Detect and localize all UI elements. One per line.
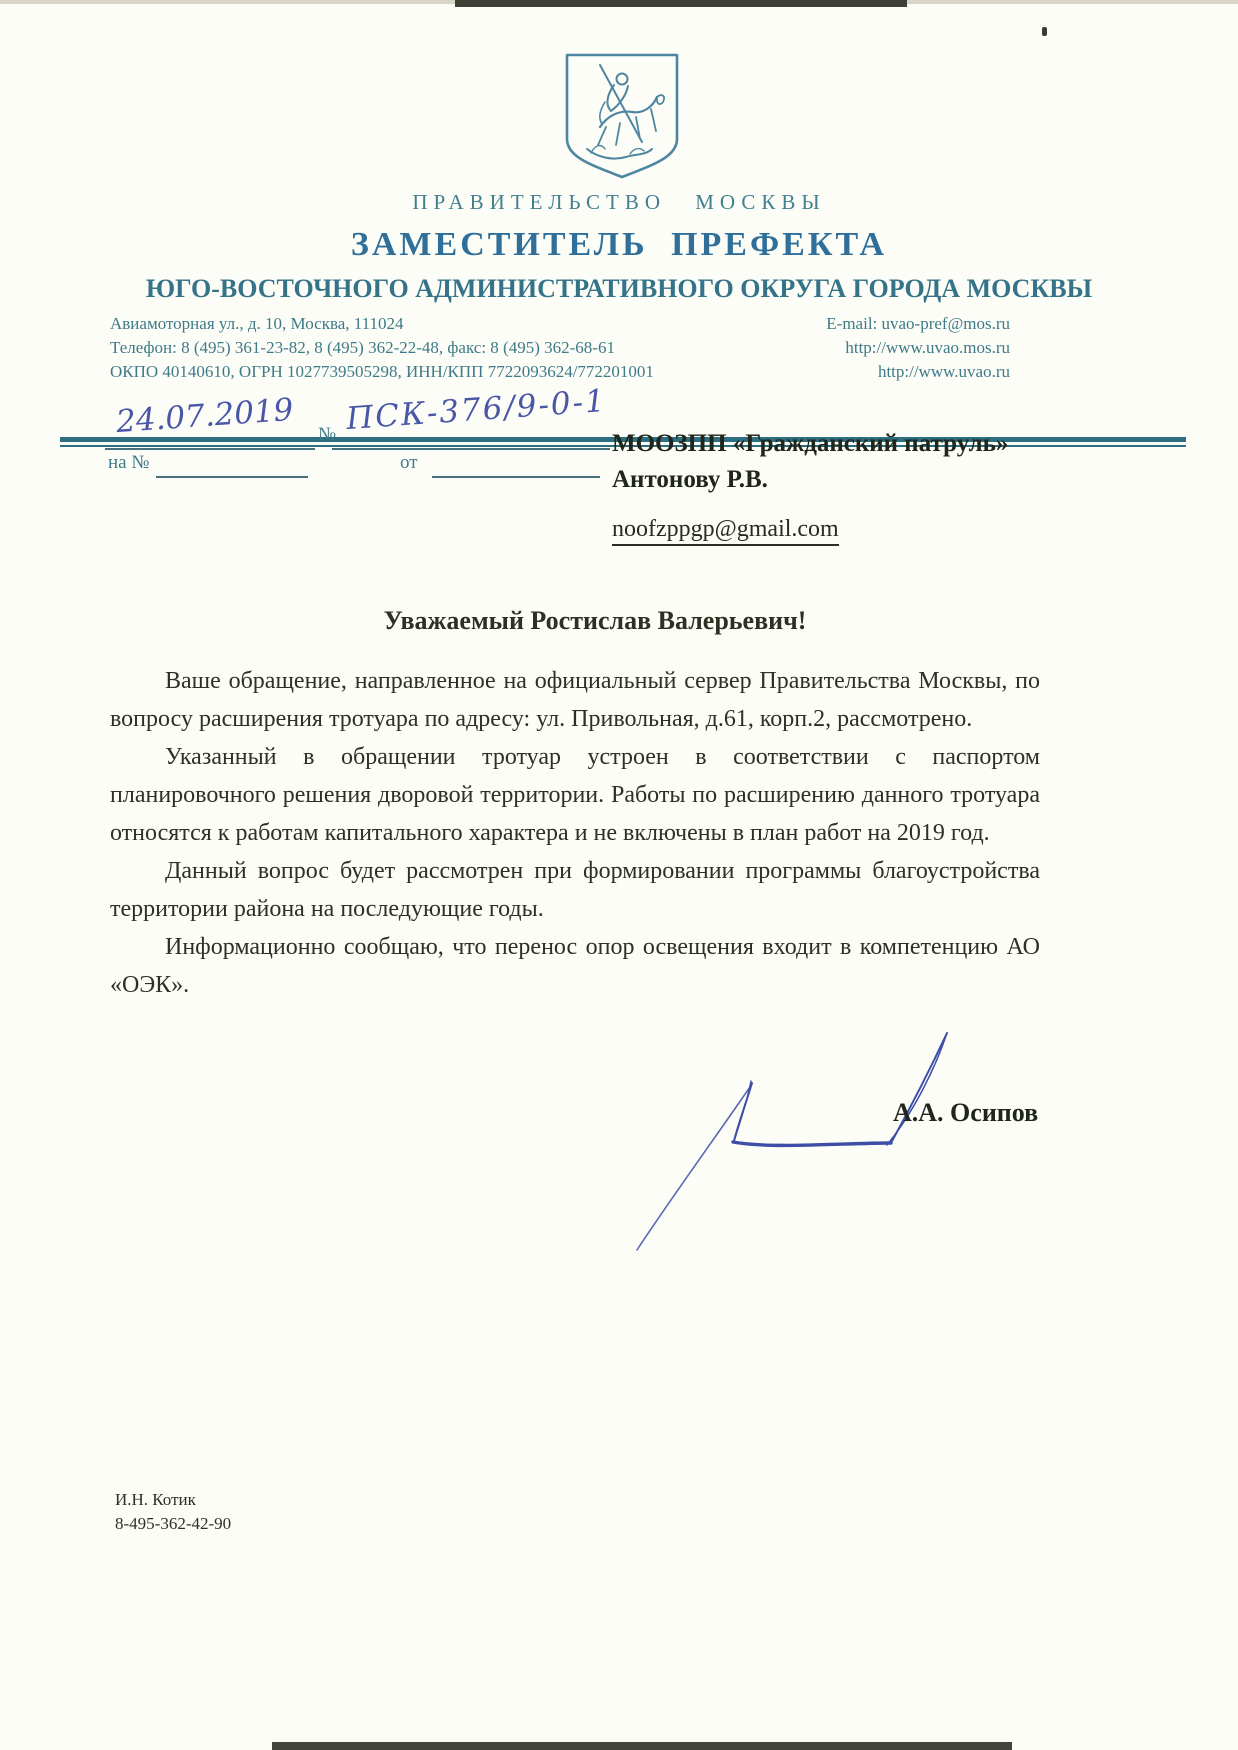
executor-phone: 8-495-362-42-90 — [115, 1512, 231, 1536]
moscow-coat-of-arms-icon — [560, 52, 684, 182]
executor-name: И.Н. Котик — [115, 1488, 231, 1512]
reply-to-label: на № — [108, 452, 149, 474]
recipient-person: Антонову Р.В. — [612, 462, 1052, 498]
recipient-organization: МООЗПП «Гражданский патруль» — [612, 426, 1052, 462]
letterhead-website: http://www.uvao.ru — [590, 360, 1010, 384]
from-label: от — [400, 452, 418, 474]
scan-artifact-top-dark — [455, 0, 907, 7]
letterhead-district-line: ЮГО-ВОСТОЧНОГО АДМИНИСТРАТИВНОГО ОКРУГА … — [0, 274, 1238, 304]
reply-to-blank-line — [156, 476, 308, 478]
number-sign-label: № — [318, 424, 336, 446]
letterhead-email: E-mail: uvao-pref@mos.ru — [590, 312, 1010, 336]
letterhead-government-line: ПРАВИТЕЛЬСТВО МОСКВЫ — [0, 190, 1238, 215]
scanned-letter-page: ПРАВИТЕЛЬСТВО МОСКВЫ ЗАМЕСТИТЕЛЬ ПРЕФЕКТ… — [0, 0, 1238, 1750]
body-paragraph-2: Указанный в обращении тротуар устроен в … — [110, 738, 1040, 852]
signer-name: А.А. Осипов — [893, 1098, 1038, 1128]
body-paragraph-1: Ваше обращение, направленное на официаль… — [110, 662, 1040, 738]
letter-body: Ваше обращение, направленное на официаль… — [110, 662, 1040, 1004]
salutation: Уважаемый Ростислав Валерьевич! — [0, 606, 1190, 636]
recipient-email: noofzppgp@gmail.com — [612, 516, 839, 546]
body-paragraph-3: Данный вопрос будет рассмотрен при форми… — [110, 852, 1040, 928]
scan-artifact-bottom — [272, 1742, 1012, 1750]
date-blank-line — [105, 448, 315, 450]
number-blank-line — [332, 448, 610, 450]
scan-speck — [1042, 27, 1047, 36]
letterhead-website-mos: http://www.uvao.mos.ru — [590, 336, 1010, 360]
from-blank-line — [432, 476, 600, 478]
letterhead-post-title: ЗАМЕСТИТЕЛЬ ПРЕФЕКТА — [0, 226, 1238, 264]
handwritten-reference-number: ПСК-376/9-0-1 — [345, 383, 608, 437]
handwritten-date: 24.07.2019 — [115, 392, 295, 440]
